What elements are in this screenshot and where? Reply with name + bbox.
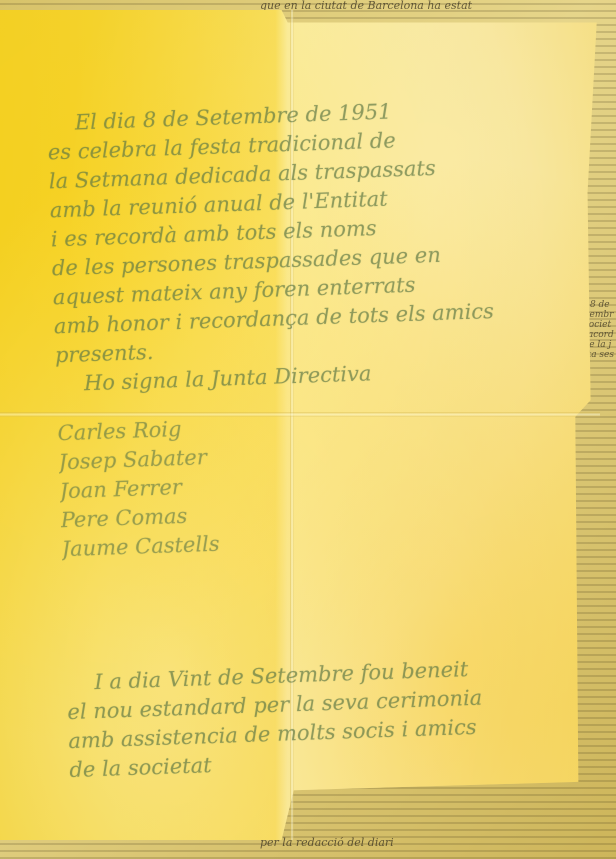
names-block: Carles Roig Josep Sabater Joan Ferrer Pe…: [57, 401, 592, 564]
handwritten-text: El dia 8 de Setembre de 1951 es celebra …: [46, 91, 599, 785]
newspaper-text-bottom: per la redacció del diari: [260, 837, 616, 859]
newspaper-text-top: que en la ciutat de Barcelona ha estat: [260, 0, 616, 22]
paragraph-2: I a dia Vint de Setembre fou beneit el n…: [66, 651, 600, 785]
